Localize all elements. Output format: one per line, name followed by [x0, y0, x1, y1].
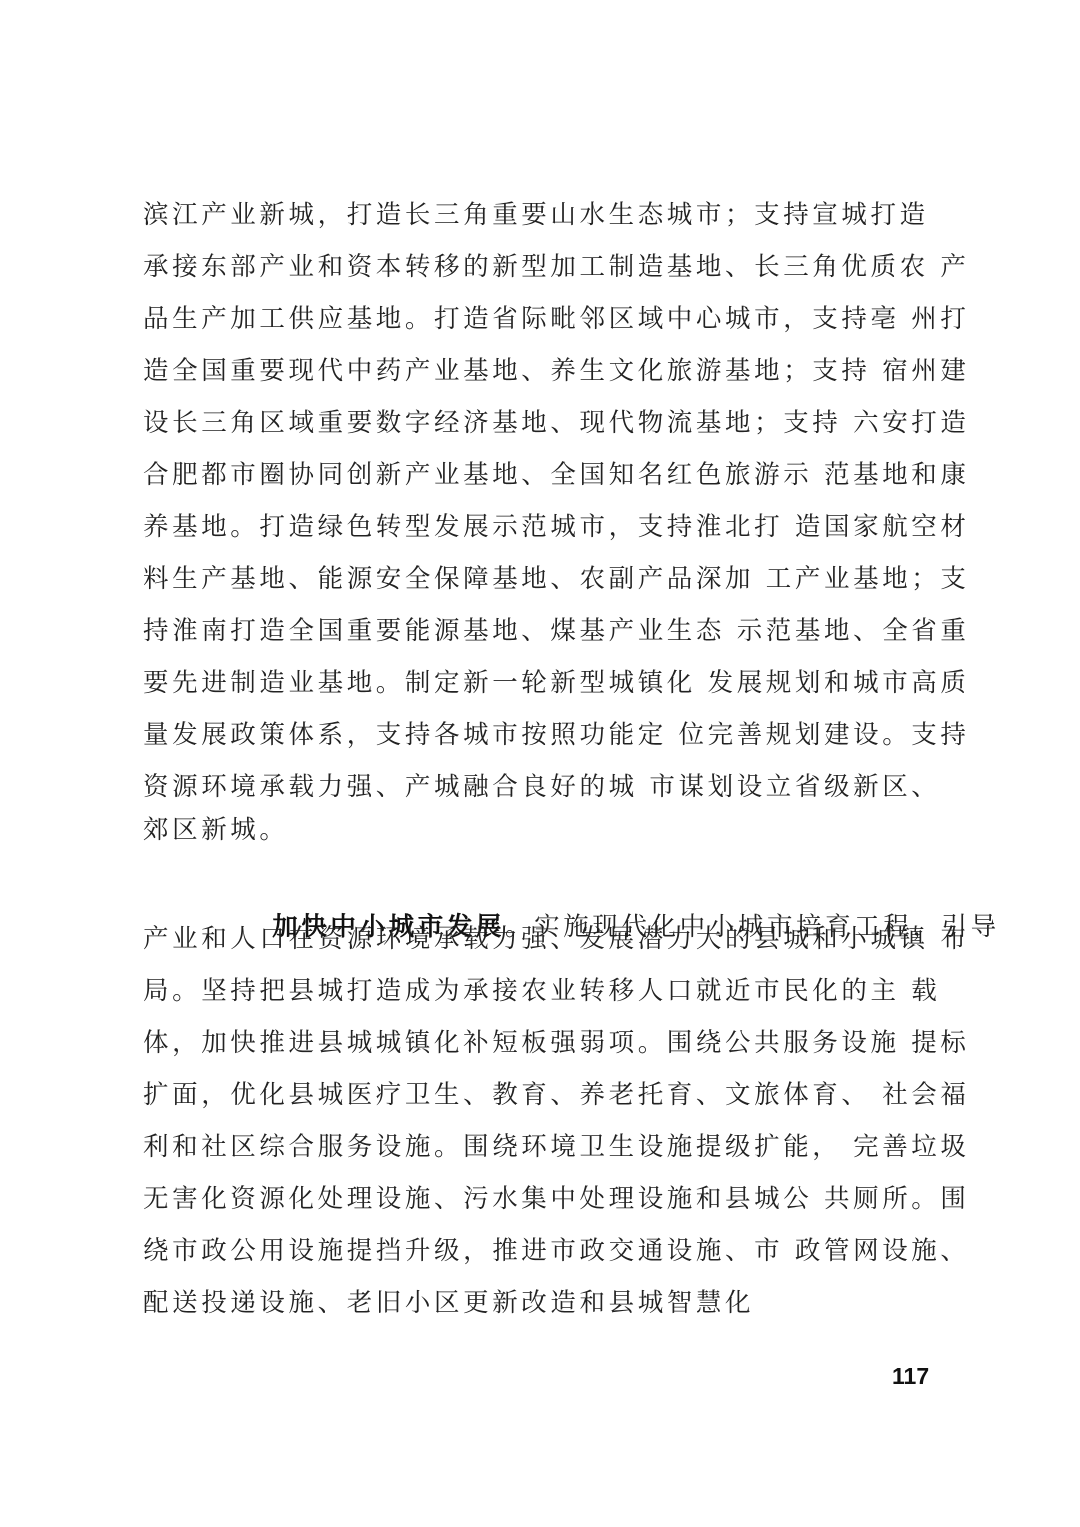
text-line: 郊区新城。	[143, 810, 289, 850]
text-line: 利和社区综合服务设施。围绕环境卫生设施提级扩能， 完善垃圾	[143, 1127, 970, 1167]
text-line: 量发展政策体系，支持各城市按照功能定 位完善规划建设。支持	[143, 715, 970, 755]
text-line: 产业和人口在资源环境承载力强、发展潜力大的县城和小城镇 布	[143, 919, 970, 959]
text-line: 体，加快推进县城城镇化补短板强弱项。围绕公共服务设施 提标	[143, 1023, 970, 1063]
text-line: 扩面，优化县城医疗卫生、教育、养老托育、文旅体育、 社会福	[143, 1075, 970, 1115]
text-line: 养基地。打造绿色转型发展示范城市，支持淮北打 造国家航空材	[143, 507, 970, 547]
page-number: 117	[892, 1363, 929, 1390]
text-line: 无害化资源化处理设施、污水集中处理设施和县城公 共厕所。围	[143, 1179, 970, 1219]
text-line: 料生产基地、能源安全保障基地、农副产品深加 工产业基地；支	[143, 559, 970, 599]
text-line: 滨江产业新城，打造长三角重要山水生态城市；支持宣城打造	[143, 195, 929, 235]
text-line: 设长三角区域重要数字经济基地、现代物流基地；支持 六安打造	[143, 403, 970, 443]
text-line: 持淮南打造全国重要能源基地、煤基产业生态 示范基地、全省重	[143, 611, 970, 651]
text-line: 要先进制造业基地。制定新一轮新型城镇化 发展规划和城市高质	[143, 663, 970, 703]
text-line: 品生产加工供应基地。打造省际毗邻区域中心城市，支持亳 州打	[143, 299, 970, 339]
text-line: 造全国重要现代中药产业基地、养生文化旅游基地；支持 宿州建	[143, 351, 970, 391]
text-line: 承接东部产业和资本转移的新型加工制造基地、长三角优质农 产	[143, 247, 970, 287]
text-line: 绕市政公用设施提挡升级，推进市政交通设施、市 政管网设施、	[143, 1231, 970, 1271]
text-line: 合肥都市圈协同创新产业基地、全国知名红色旅游示 范基地和康	[143, 455, 970, 495]
text-line: 局。坚持把县城打造成为承接农业转移人口就近市民化的主 载	[143, 971, 940, 1011]
text-line: 资源环境承载力强、产城融合良好的城 市谋划设立省级新区、	[143, 767, 940, 807]
text-line: 配送投递设施、老旧小区更新改造和县城智慧化	[143, 1283, 754, 1323]
paragraph-heading-line: 加快中小城市发展。实施现代化中小城市培育工程，引导	[202, 867, 1000, 907]
document-page: 滨江产业新城，打造长三角重要山水生态城市；支持宣城打造 承接东部产业和资本转移的…	[0, 0, 1080, 1527]
